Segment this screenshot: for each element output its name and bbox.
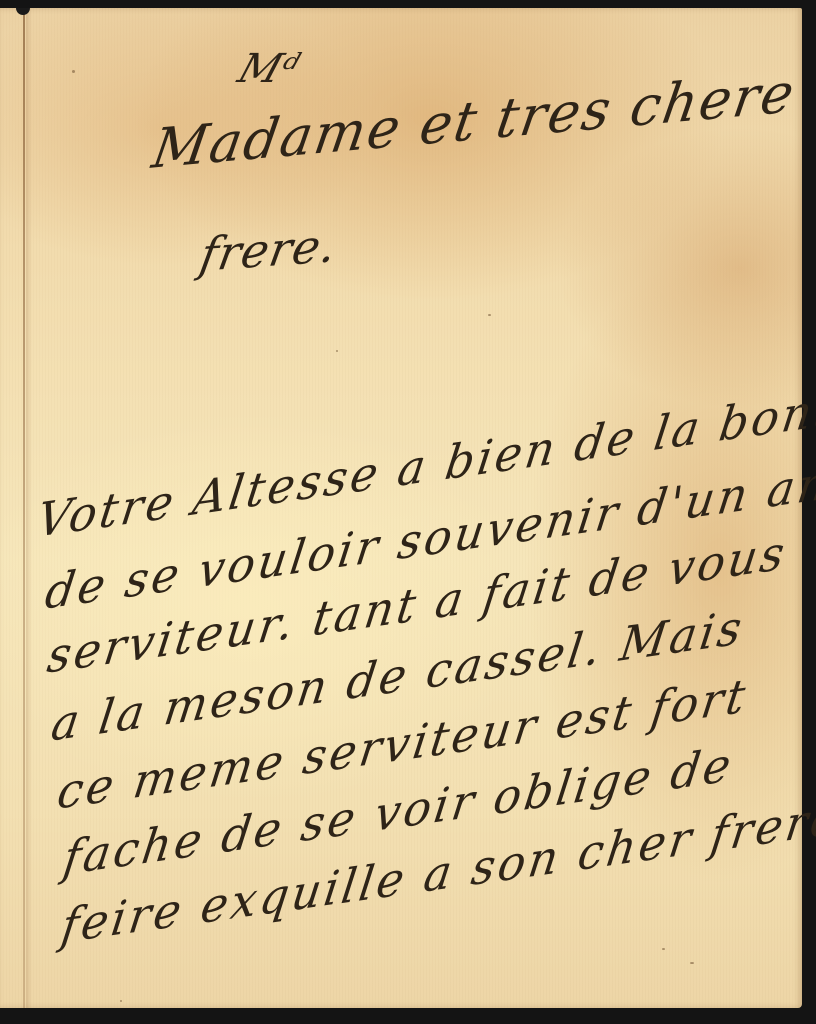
scanned-page: Mᵈ Madame et tres chere frere. Votre Alt… [0,0,816,1024]
paper-speck [488,314,491,316]
paper-speck [662,948,665,950]
salutation-line-2: frere. [196,218,341,282]
paper-speck [690,962,694,964]
binding-fold-line [23,8,25,1008]
binding-fold-shadow [26,8,32,1008]
paper-speck [120,1000,122,1002]
paper-speck [336,350,338,352]
paper-speck [72,70,75,73]
